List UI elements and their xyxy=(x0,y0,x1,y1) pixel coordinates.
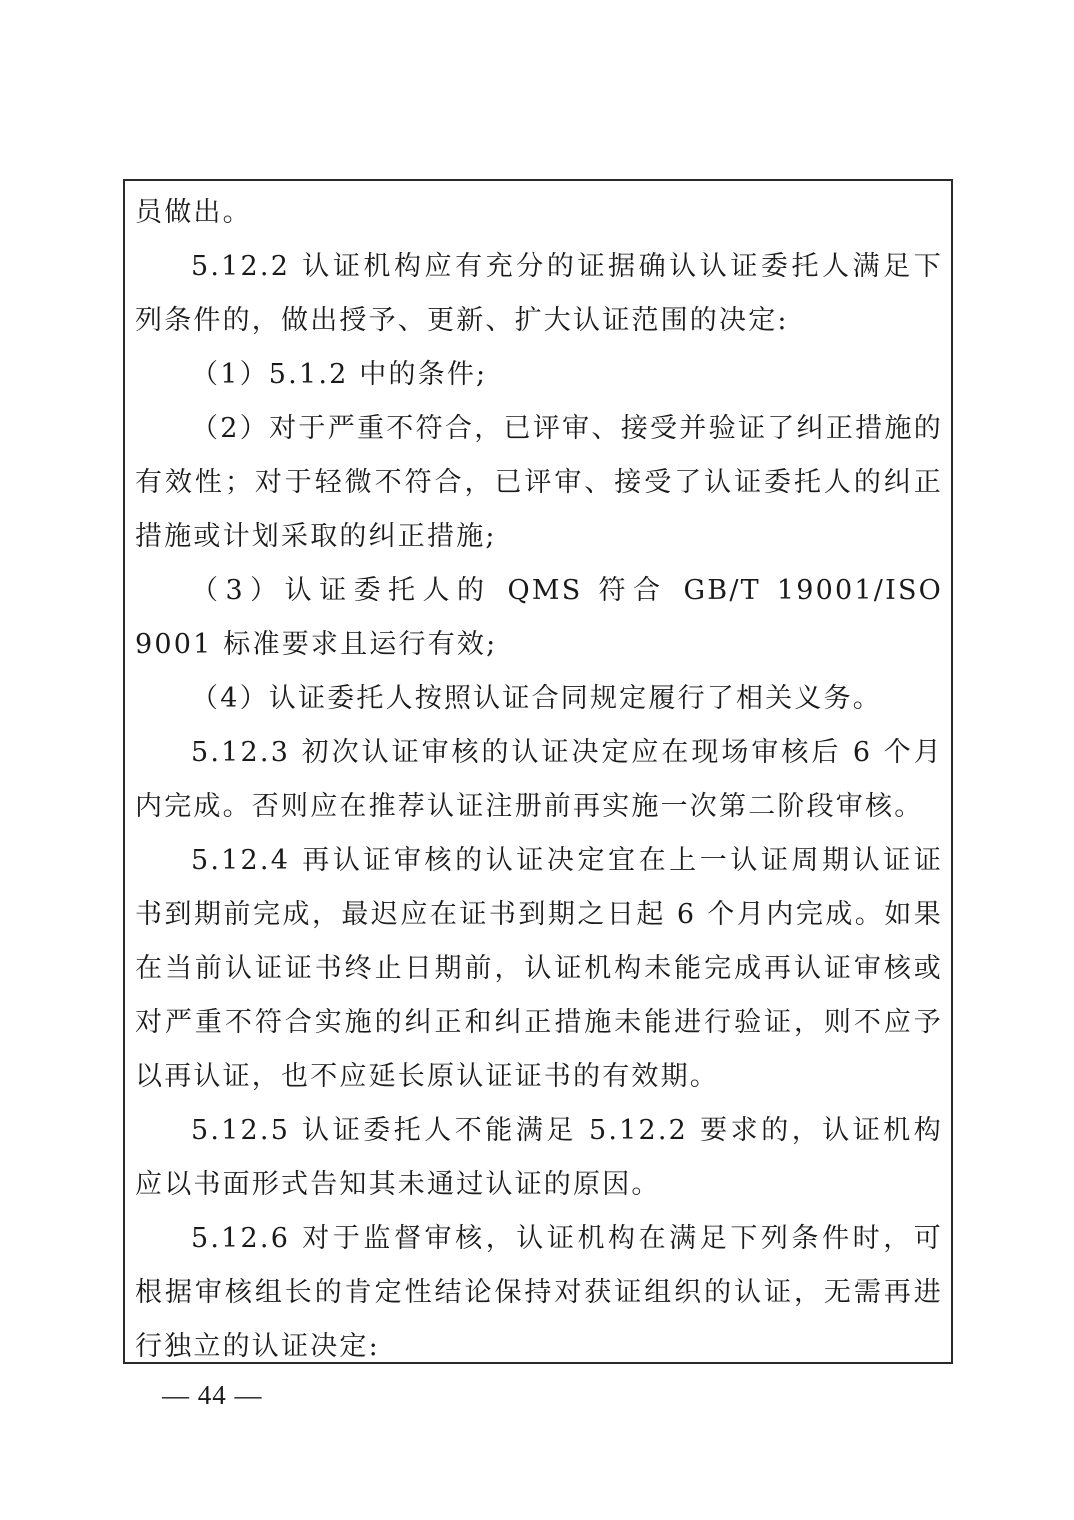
paragraph-5-12-3: 5.12.3 初次认证审核的认证决定应在现场审核后 6 个月内完成。否则应在推荐… xyxy=(135,726,943,834)
paragraph-continuation: 员做出。 xyxy=(135,186,943,240)
paragraph-5-12-6: 5.12.6 对于监督审核，认证机构在满足下列条件时，可根据审核组长的肯定性结论… xyxy=(135,1212,943,1374)
list-item-1: （1）5.1.2 中的条件; xyxy=(135,348,943,402)
paragraph-5-12-4: 5.12.4 再认证审核的认证决定宜在上一认证周期认证证书到期前完成，最迟应在证… xyxy=(135,834,943,1104)
list-item-4: （4）认证委托人按照认证合同规定履行了相关义务。 xyxy=(135,672,943,726)
list-item-3: （3）认证委托人的 QMS 符合 GB/T 19001/ISO 9001 标准要… xyxy=(135,564,943,672)
list-item-2: （2）对于严重不符合，已评审、接受并验证了纠正措施的有效性；对于轻微不符合，已评… xyxy=(135,402,943,564)
paragraph-5-12-5: 5.12.5 认证委托人不能满足 5.12.2 要求的，认证机构应以书面形式告知… xyxy=(135,1104,943,1212)
page-number: — 44 — xyxy=(162,1380,263,1411)
paragraph-5-12-2: 5.12.2 认证机构应有充分的证据确认认证委托人满足下列条件的，做出授予、更新… xyxy=(135,240,943,348)
document-body: 员做出。 5.12.2 认证机构应有充分的证据确认认证委托人满足下列条件的，做出… xyxy=(135,186,943,1374)
